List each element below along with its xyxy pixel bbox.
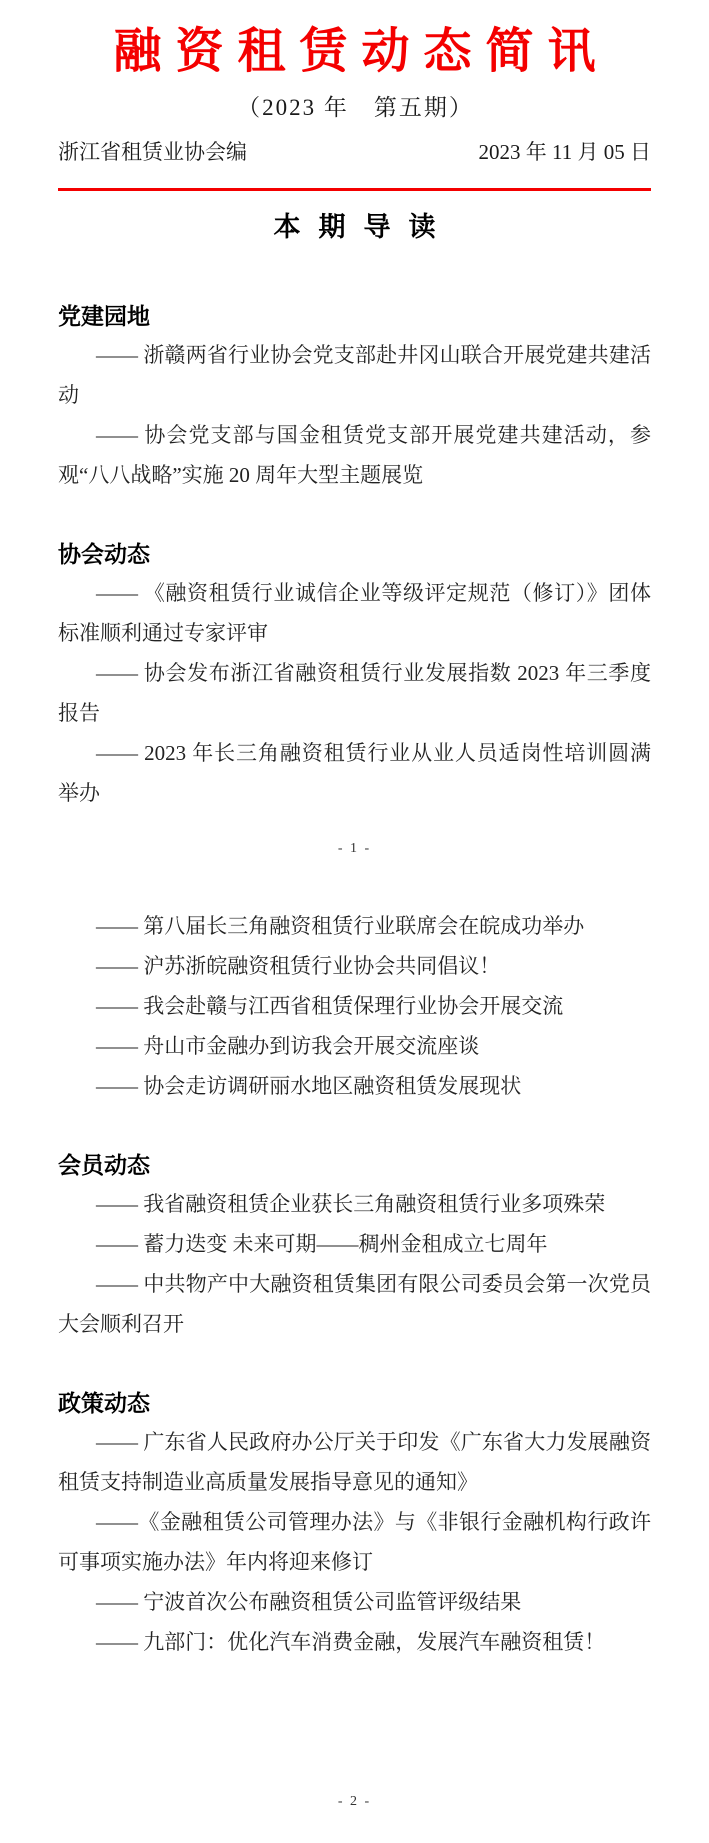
toc-item: —— 协会党支部与国金租赁党支部开展党建共建活动，参观“八八战略”实施 20 周…: [58, 415, 651, 495]
toc-item: —— 协会发布浙江省融资租赁行业发展指数 2023 年三季度报告: [58, 653, 651, 733]
toc-item: —— 我会赴赣与江西省租赁保理行业协会开展交流: [58, 986, 651, 1026]
newsletter-document: 融资租赁动态简讯 （2023 年 第五期） 浙江省租赁业协会编 2023 年 1…: [0, 0, 709, 1843]
toc-item: ——《金融租赁公司管理办法》与《非银行金融机构行政许可事项实施办法》年内将迎来修…: [58, 1502, 651, 1582]
page-number-2: - 2 -: [58, 1792, 651, 1812]
toc-item: —— 2023 年长三角融资租赁行业从业人员适岗性培训圆满举办: [58, 733, 651, 813]
toc-item: —— 协会走访调研丽水地区融资租赁发展现状: [58, 1066, 651, 1106]
toc-item: —— 广东省人民政府办公厅关于印发《广东省大力发展融资租赁支持制造业高质量发展指…: [58, 1422, 651, 1502]
page-number-1: - 1 -: [58, 839, 651, 859]
meta-row: 浙江省租赁业协会编 2023 年 11 月 05 日: [58, 138, 651, 166]
toc-item: —— 第八届长三角融资租赁行业联席会在皖成功举办: [58, 906, 651, 946]
toc-item: —— 舟山市金融办到访我会开展交流座谈: [58, 1026, 651, 1066]
guide-title: 本期导读: [58, 209, 651, 245]
page-2: —— 第八届长三角融资租赁行业联席会在皖成功举办 —— 沪苏浙皖融资租赁行业协会…: [58, 906, 651, 1812]
toc-item: —— 沪苏浙皖融资租赁行业协会共同倡议！: [58, 946, 651, 986]
section-header-association-news: 协会动态: [58, 539, 651, 569]
toc-item: —— 中共物产中大融资租赁集团有限公司委员会第一次党员大会顺利召开: [58, 1264, 651, 1344]
toc-item: —— 蓄力迭变 未来可期——稠州金租成立七周年: [58, 1224, 651, 1264]
newsletter-title: 融资租赁动态简讯: [58, 24, 651, 80]
toc-item: —— 九部门：优化汽车消费金融，发展汽车融资租赁！: [58, 1622, 651, 1662]
red-divider: [58, 188, 651, 191]
toc-item: —— 浙赣两省行业协会党支部赴井冈山联合开展党建共建活动: [58, 335, 651, 415]
editor-credit: 浙江省租赁业协会编: [58, 138, 247, 166]
issue-line: （2023 年 第五期）: [58, 94, 651, 122]
page-1: 党建园地 —— 浙赣两省行业协会党支部赴井冈山联合开展党建共建活动 —— 协会党…: [58, 301, 651, 859]
toc-item: —— 宁波首次公布融资租赁公司监管评级结果: [58, 1582, 651, 1622]
toc-item: —— 《融资租赁行业诚信企业等级评定规范（修订）》团体标准顺利通过专家评审: [58, 573, 651, 653]
section-header-policy-news: 政策动态: [58, 1388, 651, 1418]
section-header-party-building: 党建园地: [58, 301, 651, 331]
publish-date: 2023 年 11 月 05 日: [479, 138, 651, 166]
section-header-member-news: 会员动态: [58, 1150, 651, 1180]
masthead: 融资租赁动态简讯 （2023 年 第五期） 浙江省租赁业协会编 2023 年 1…: [58, 24, 651, 245]
toc-item: —— 我省融资租赁企业获长三角融资租赁行业多项殊荣: [58, 1184, 651, 1224]
